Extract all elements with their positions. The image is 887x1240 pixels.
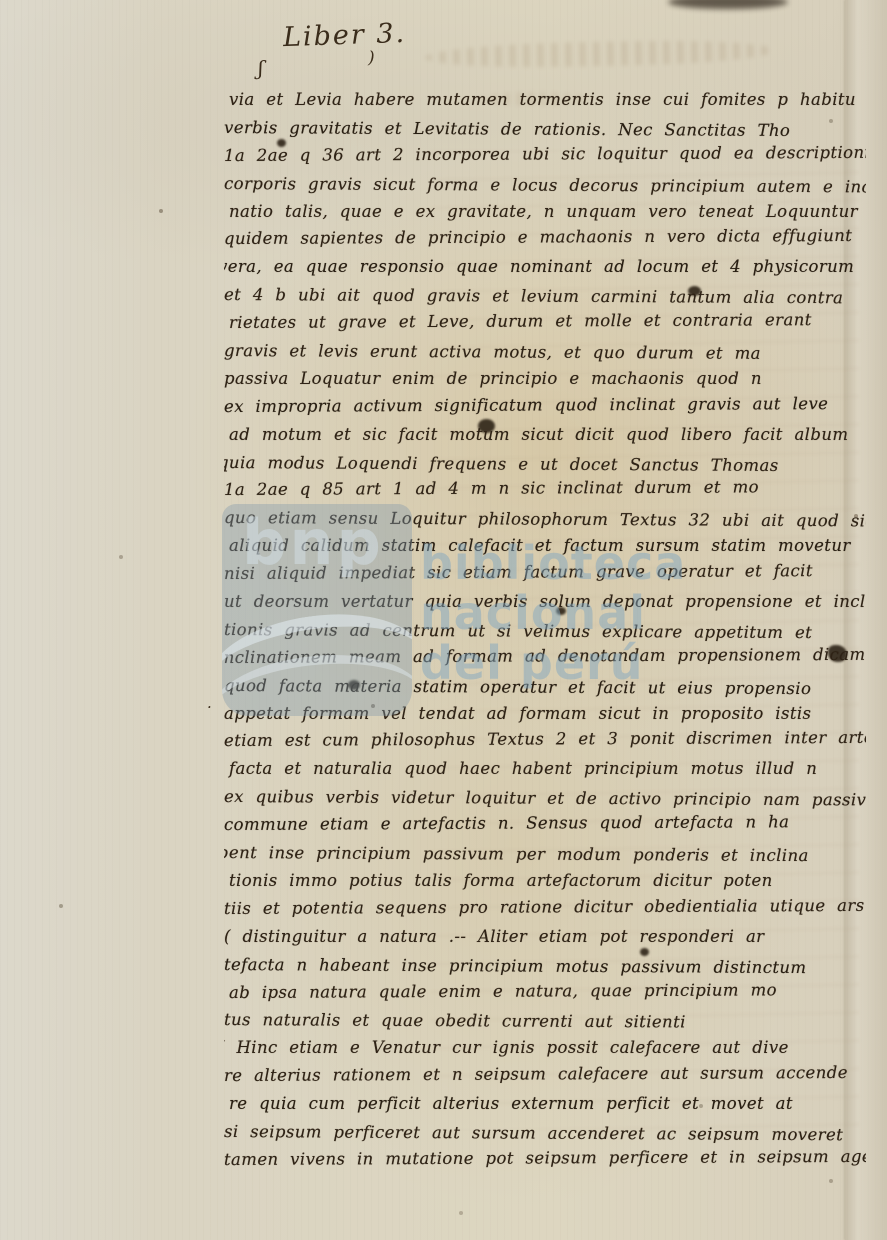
manuscript-line: 1a 2ae q 36 art 2 incorporea ubi sic loq…	[224, 139, 866, 170]
manuscript-line: tiis et potentia sequens pro ratione dic…	[224, 892, 866, 923]
manuscript-text-block: via et Levia habere mutamen tormentis in…	[224, 86, 866, 1198]
manuscript-line: ad motum et sic facit motum sicut dicit …	[229, 421, 866, 449]
manuscript-line: ab ipsa natura quale enim e natura, quae…	[229, 975, 866, 1006]
paper-speckles	[0, 0, 2, 2]
margin-mark: ʃ	[258, 56, 263, 80]
page-heading: Liber 3.	[282, 18, 406, 53]
manuscript-line: corporis gravis sicut forma e locus deco…	[224, 170, 866, 201]
manuscript-line: gravis et levis erunt activa motus, et q…	[224, 337, 866, 368]
manuscript-line: commune etiam e artefactis n. Sensus quo…	[224, 808, 866, 839]
manuscript-line: natio talis, quae e ex gravitate, n unqu…	[229, 198, 866, 226]
manuscript-line: via et Levia habere mutamen tormentis in…	[229, 86, 866, 114]
manuscript-line: quidem sapientes de principio e machaoni…	[224, 222, 866, 253]
manuscript-line: nisi aliquid impediat sic etiam factum g…	[224, 557, 866, 588]
manuscript-page: Liber 3. ʃ)· via et Levia habere mutamen…	[0, 0, 887, 1240]
manuscript-line: re alterius rationem et n seipsum calefa…	[224, 1059, 866, 1090]
manuscript-line: ex impropria activum significatum quod i…	[224, 390, 866, 421]
manuscript-line: tus naturalis et quae obedit currenti au…	[224, 1006, 866, 1037]
manuscript-line: ( Hinc etiam e Venatur cur ignis possit …	[224, 1034, 866, 1062]
manuscript-line: rietates ut grave et Leve, durum et moll…	[229, 306, 866, 337]
manuscript-line: inclinationem meam ad formam ad denotand…	[224, 641, 866, 672]
margin-mark: ·	[207, 698, 212, 716]
manuscript-line: quod facta materia statim operatur et fa…	[224, 672, 866, 703]
manuscript-line: tamen vivens in mutatione pot seipsum pe…	[224, 1143, 866, 1174]
manuscript-line: appetat formam vel tendat ad formam sicu…	[224, 700, 866, 728]
manuscript-line: aliquid calidum statim calefacit et fact…	[229, 532, 866, 560]
manuscript-line: ut deorsum vertatur quia verbis solum de…	[224, 588, 866, 616]
showthrough-ghost-text	[425, 38, 775, 69]
manuscript-line: ( distinguitur a natura .-- Aliter etiam…	[224, 923, 866, 951]
manuscript-line: vera, ea quae responsio quae nominant ad…	[224, 253, 866, 281]
manuscript-line: 1a 2ae q 85 art 1 ad 4 m n sic inclinat …	[224, 473, 866, 504]
manuscript-line: etiam est cum philosophus Textus 2 et 3 …	[224, 724, 866, 755]
manuscript-line: facta et naturalia quod haec habent prin…	[229, 755, 866, 783]
ink-smudge	[668, 0, 788, 9]
manuscript-line: re quia cum perficit alterius externum p…	[229, 1090, 866, 1118]
margin-mark: )	[368, 48, 375, 68]
manuscript-line: tionis immo potius talis forma artefacto…	[229, 867, 866, 895]
manuscript-line: bent inse principium passivum per modum …	[224, 839, 866, 870]
manuscript-line: passiva Loquatur enim de principio e mac…	[224, 365, 866, 393]
manuscript-line: quo etiam sensu Loquitur philosophorum T…	[224, 504, 866, 535]
